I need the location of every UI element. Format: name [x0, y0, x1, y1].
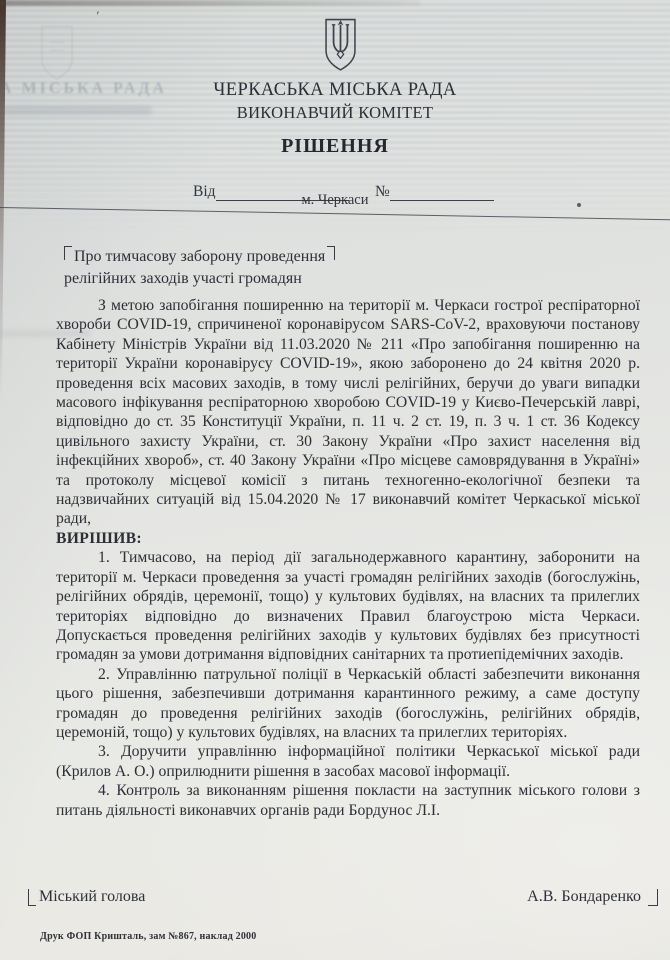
document-type-heading: РІШЕННЯ	[0, 135, 670, 158]
document-title-line1: Про тимчасову заборону проведення	[64, 246, 335, 268]
corner-mark-bottom-right-icon	[648, 889, 658, 906]
committee-name: ВИКОНАВЧИЙ КОМІТЕТ	[0, 103, 670, 123]
council-name: ЧЕРКАСЬКА МІСЬКА РАДА	[0, 80, 670, 101]
document-title: Про тимчасову заборону проведення релігі…	[64, 246, 335, 290]
preamble-paragraph: З метою запобігання поширенню на територ…	[56, 296, 640, 529]
document-body: З метою запобігання поширенню на територ…	[56, 296, 640, 820]
resolution-item-3: 3. Доручити управлінню інформаційної пол…	[56, 742, 640, 781]
corner-mark-bottom-left-icon	[28, 889, 36, 906]
signatory-name: А.В. Бондаренко	[527, 888, 658, 906]
ink-speck-mark: ′	[95, 8, 100, 24]
signatory-position: Міський голова	[28, 888, 145, 906]
corner-mark-top-right-icon	[327, 246, 335, 260]
ghost-shield-emblem-icon	[36, 24, 78, 82]
resolution-item-1: 1. Тимчасово, на період дії загальнодерж…	[56, 548, 640, 664]
resolution-item-2: 2. Управлінню патрульної поліції в Черка…	[56, 665, 640, 743]
corner-mark-top-left-icon	[64, 246, 72, 260]
resolve-label: ВИРІШИВ:	[56, 529, 640, 548]
print-shop-info: Друк ФОП Кришталь, зам №867, наклад 2000	[40, 931, 256, 942]
resolution-item-4: 4. Контроль за виконанням рішення поклас…	[56, 781, 640, 820]
city-label: м. Черкаси	[0, 192, 670, 209]
header-divider-rule	[0, 207, 670, 221]
document-title-line2: релігійних заходів участі громадян	[64, 268, 335, 290]
signature-row: Міський голова А.В. Бондаренко	[28, 888, 658, 906]
trident-emblem-icon	[322, 17, 359, 73]
photo-top-edge	[0, 0, 420, 6]
